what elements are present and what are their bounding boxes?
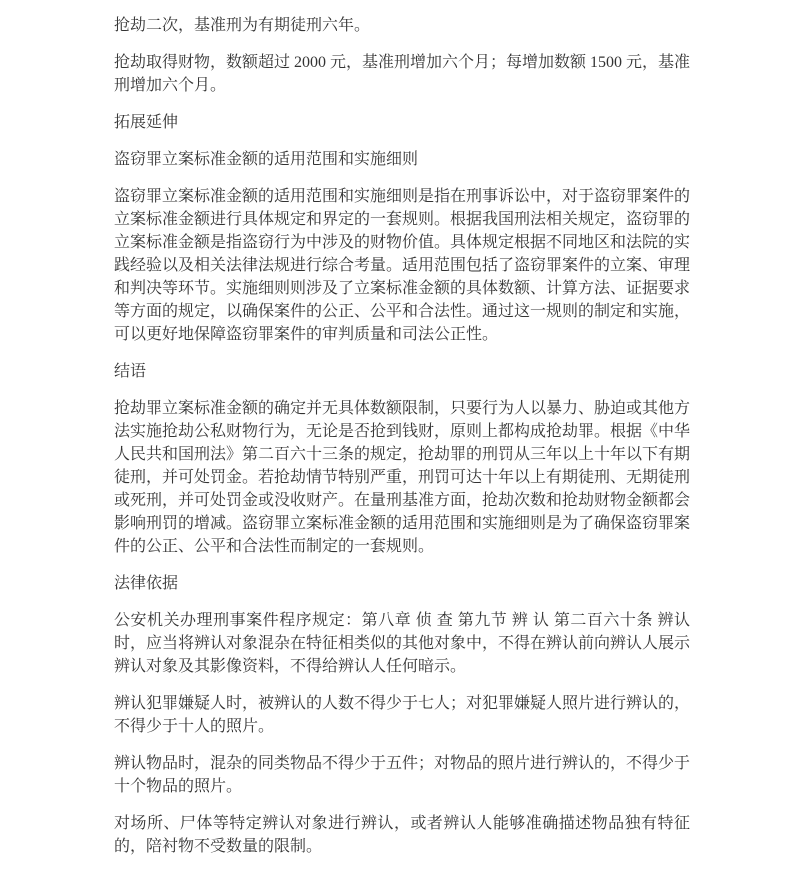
paragraph-procedure-regulation: 公安机关办理刑事案件程序规定：第八章 侦 查 第九节 辨 认 第二百六十条 辨认… xyxy=(114,609,690,678)
paragraph-amount-increase-rule: 抢劫取得财物，数额超过 2000 元，基准刑增加六个月；每增加数额 1500 元… xyxy=(114,51,690,97)
heading-conclusion: 结语 xyxy=(114,360,690,383)
paragraph-robbery-base-penalty: 抢劫二次，基准刑为有期徒刑六年。 xyxy=(114,14,690,37)
heading-extension: 拓展延伸 xyxy=(114,111,690,134)
paragraph-theft-filing-standard-detail: 盗窃罪立案标准金额的适用范围和实施细则是指在刑事诉讼中，对于盗窃罪案件的立案标准… xyxy=(114,185,690,346)
heading-legal-basis: 法律依据 xyxy=(114,572,690,595)
paragraph-object-identification: 辨认物品时，混杂的同类物品不得少于五件；对物品的照片进行辨认的，不得少于十个物品… xyxy=(114,752,690,798)
paragraph-suspect-identification: 辨认犯罪嫌疑人时，被辨认的人数不得少于七人；对犯罪嫌疑人照片进行辨认的，不得少于… xyxy=(114,692,690,738)
subheading-theft-filing-standard: 盗窃罪立案标准金额的适用范围和实施细则 xyxy=(114,148,690,171)
paragraph-conclusion: 抢劫罪立案标准金额的确定并无具体数额限制，只要行为人以暴力、胁迫或其他方法实施抢… xyxy=(114,397,690,558)
document-page: 抢劫二次，基准刑为有期徒刑六年。 抢劫取得财物，数额超过 2000 元，基准刑增… xyxy=(0,0,796,872)
paragraph-special-identification: 对场所、尸体等特定辨认对象进行辨认，或者辨认人能够准确描述物品独有特征的，陪衬物… xyxy=(114,812,690,858)
